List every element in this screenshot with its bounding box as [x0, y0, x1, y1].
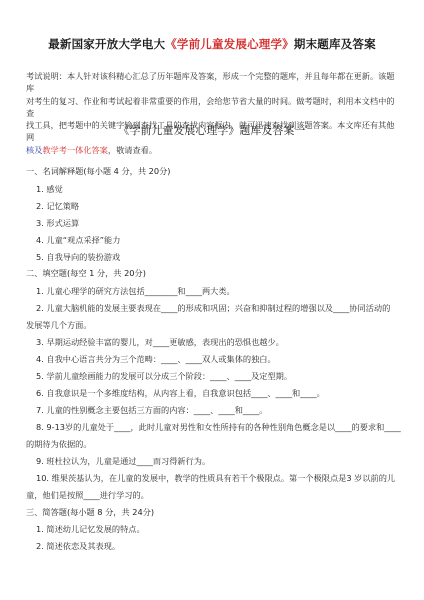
intro-line-4: 核及教学考一体化答案，敬请查看。: [26, 144, 402, 156]
intro-link-blue[interactable]: 核及: [26, 145, 42, 155]
section-2-item: 4. 自我中心语言共分为三个范畴：____、____双人或集体的独白。: [36, 354, 276, 365]
title-part-3: 期末题库及答案: [294, 37, 376, 51]
intro-link-red[interactable]: 教学考一体化答案: [42, 145, 108, 155]
section-2-item: 9. 班杜拉认为，儿童是通过____而习得新行为。: [36, 456, 210, 467]
section-1-item: 5. 自我导向的装扮游戏: [36, 252, 120, 263]
section-2-item: 2. 儿童大脑机能的发展主要表现在____的形成和巩固；兴奋和抑制过程的增强以及…: [36, 303, 390, 314]
section-3-item: 1. 简述幼儿记忆发展的特点。: [36, 524, 145, 535]
section-1-item: 3. 形式运算: [36, 218, 79, 229]
section-2-item: 1. 儿童心理学的研究方法包括________和____两大类。: [36, 286, 235, 297]
document-title: 最新国家开放大学电大《学前儿童发展心理学》期末题库及答案: [0, 36, 424, 52]
section-2-item: 6. 自我意识是一个多维度结构，从内容上看，自我意识包括____、____和__…: [36, 388, 325, 399]
title-course-name: 《学前儿童发展心理学》: [165, 37, 294, 51]
section-1-item: 2. 记忆策略: [36, 201, 79, 212]
section-3-heading: 三、简答题(每小题 8 分，共 24分): [26, 507, 154, 518]
section-1-heading: 一、名词解释题(每小题 4 分，共 20分): [26, 166, 170, 177]
section-2-item-continuation: 发展等几个方面。: [26, 320, 92, 331]
intro-line-1: 考试说明：本人针对该科精心汇总了历年题库及答案，形成一个完整的题库，并且每年都在…: [26, 70, 402, 95]
section-2-item: 5. 学前儿童绘画能力的发展可以分成三个阶段：____、____及定型期。: [36, 371, 292, 382]
intro-paragraph: 考试说明：本人针对该科精心汇总了历年题库及答案，形成一个完整的题库，并且每年都在…: [26, 70, 402, 156]
section-2-item: 10. 维果茨基认为，在儿童的发展中，教学的性质具有若干个极限点。第一个极限点是…: [36, 473, 395, 484]
intro-line-2: 对考生的复习、作业和考试起着非常重要的作用，会给您节省大量的时间。做考题时，利用…: [26, 95, 402, 120]
section-2-item: 7. 儿童的性别概念主要包括三方面的内容：____、____和____。: [36, 405, 267, 416]
title-part-1: 最新国家开放大学电大: [48, 37, 165, 51]
section-2-item-continuation: 的期待为依据的。: [26, 439, 92, 450]
section-1-item: 1. 感觉: [36, 184, 63, 195]
section-2-heading: 二、填空题(每空 1 分，共 20分): [26, 268, 146, 279]
document-page: 最新国家开放大学电大《学前儿童发展心理学》期末题库及答案 考试说明：本人针对该科…: [0, 0, 424, 600]
section-2-item-continuation: 童，他们是按照____进行学习的。: [26, 490, 149, 501]
intro-line-4-tail: ，敬请查看。: [108, 145, 157, 155]
section-2-item: 3. 早期运动经验丰富的婴儿，对____更敏感，表现出的恐惧也越少。: [36, 337, 284, 348]
section-3-item: 2. 简述依恋及其表现。: [36, 541, 120, 552]
section-1-item: 4. 儿童“观点采择”能力: [36, 235, 120, 246]
document-subtitle: 《学前儿童发展心理学》题库及答案一: [0, 123, 424, 138]
section-2-item: 8. 9-13岁的儿童处于____，此时儿童对男性和女性所持有的各种性别角色概念…: [36, 422, 401, 433]
